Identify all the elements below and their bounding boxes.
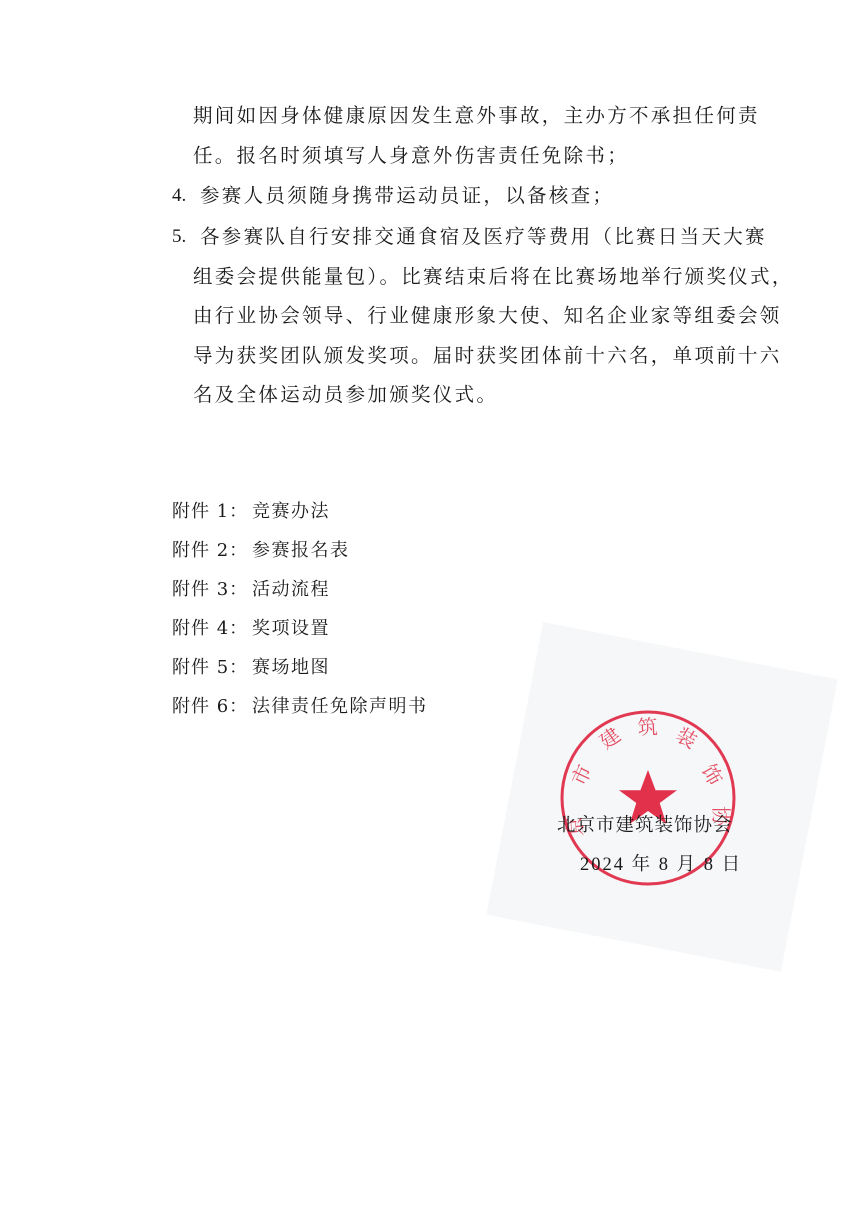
- attachment-item: 附件 1：竞赛办法: [172, 500, 330, 524]
- attachment-title: 法律责任免除声明书: [252, 696, 428, 717]
- attachment-item: 附件 2：参赛报名表: [172, 539, 350, 563]
- attachment-label: 附件 2：: [172, 539, 252, 563]
- item3-line-2: 任。报名时须填写人身意外伤害责任免除书；: [193, 144, 629, 168]
- seal-char: 饰: [697, 760, 728, 789]
- attachment-item: 附件 4：奖项设置: [172, 617, 330, 641]
- attachment-label: 附件 3：: [172, 578, 252, 602]
- attachment-title: 竞赛办法: [252, 501, 330, 522]
- item3-line-1: 期间如因身体健康原因发生意外事故，主办方不承担任何责: [193, 104, 760, 128]
- item5-line-4: 导为获奖团队颁发奖项。届时获奖团体前十六名，单项前十六: [193, 344, 782, 368]
- item5-line-2: 组委会提供能量包）。比赛结束后将在比赛场地举行颁奖仪式，: [193, 265, 794, 289]
- attachment-label: 附件 1：: [172, 500, 252, 524]
- attachment-title: 赛场地图: [252, 657, 330, 678]
- item5-line-5: 名及全体运动员参加颁奖仪式。: [193, 383, 498, 407]
- attachment-item: 附件 6：法律责任免除声明书: [172, 695, 428, 719]
- attachment-title: 参赛报名表: [252, 540, 350, 561]
- attachment-label: 附件 5：: [172, 656, 252, 680]
- attachment-item: 附件 3：活动流程: [172, 578, 330, 602]
- attachment-label: 附件 4：: [172, 617, 252, 641]
- item4-text: 参赛人员须随身携带运动员证，以备核查；: [200, 184, 614, 208]
- attachment-label: 附件 6：: [172, 695, 252, 719]
- item5-number: 5.: [172, 225, 186, 249]
- attachment-item: 附件 5：赛场地图: [172, 656, 330, 680]
- item4-number: 4.: [172, 184, 186, 208]
- item5-line-1: 各参赛队自行安排交通食宿及医疗等费用（比赛日当天大赛: [200, 225, 767, 249]
- item5-line-3: 由行业协会领导、行业健康形象大使、知名企业家等组委会领: [193, 304, 782, 328]
- signing-date: 2024 年 8 月 8 日: [580, 853, 742, 877]
- signing-organization: 北京市建筑装饰协会: [557, 814, 733, 838]
- seal-char: 筑: [637, 715, 658, 740]
- attachment-title: 活动流程: [252, 579, 330, 600]
- seal-char: 市: [567, 761, 597, 789]
- attachment-title: 奖项设置: [252, 618, 330, 639]
